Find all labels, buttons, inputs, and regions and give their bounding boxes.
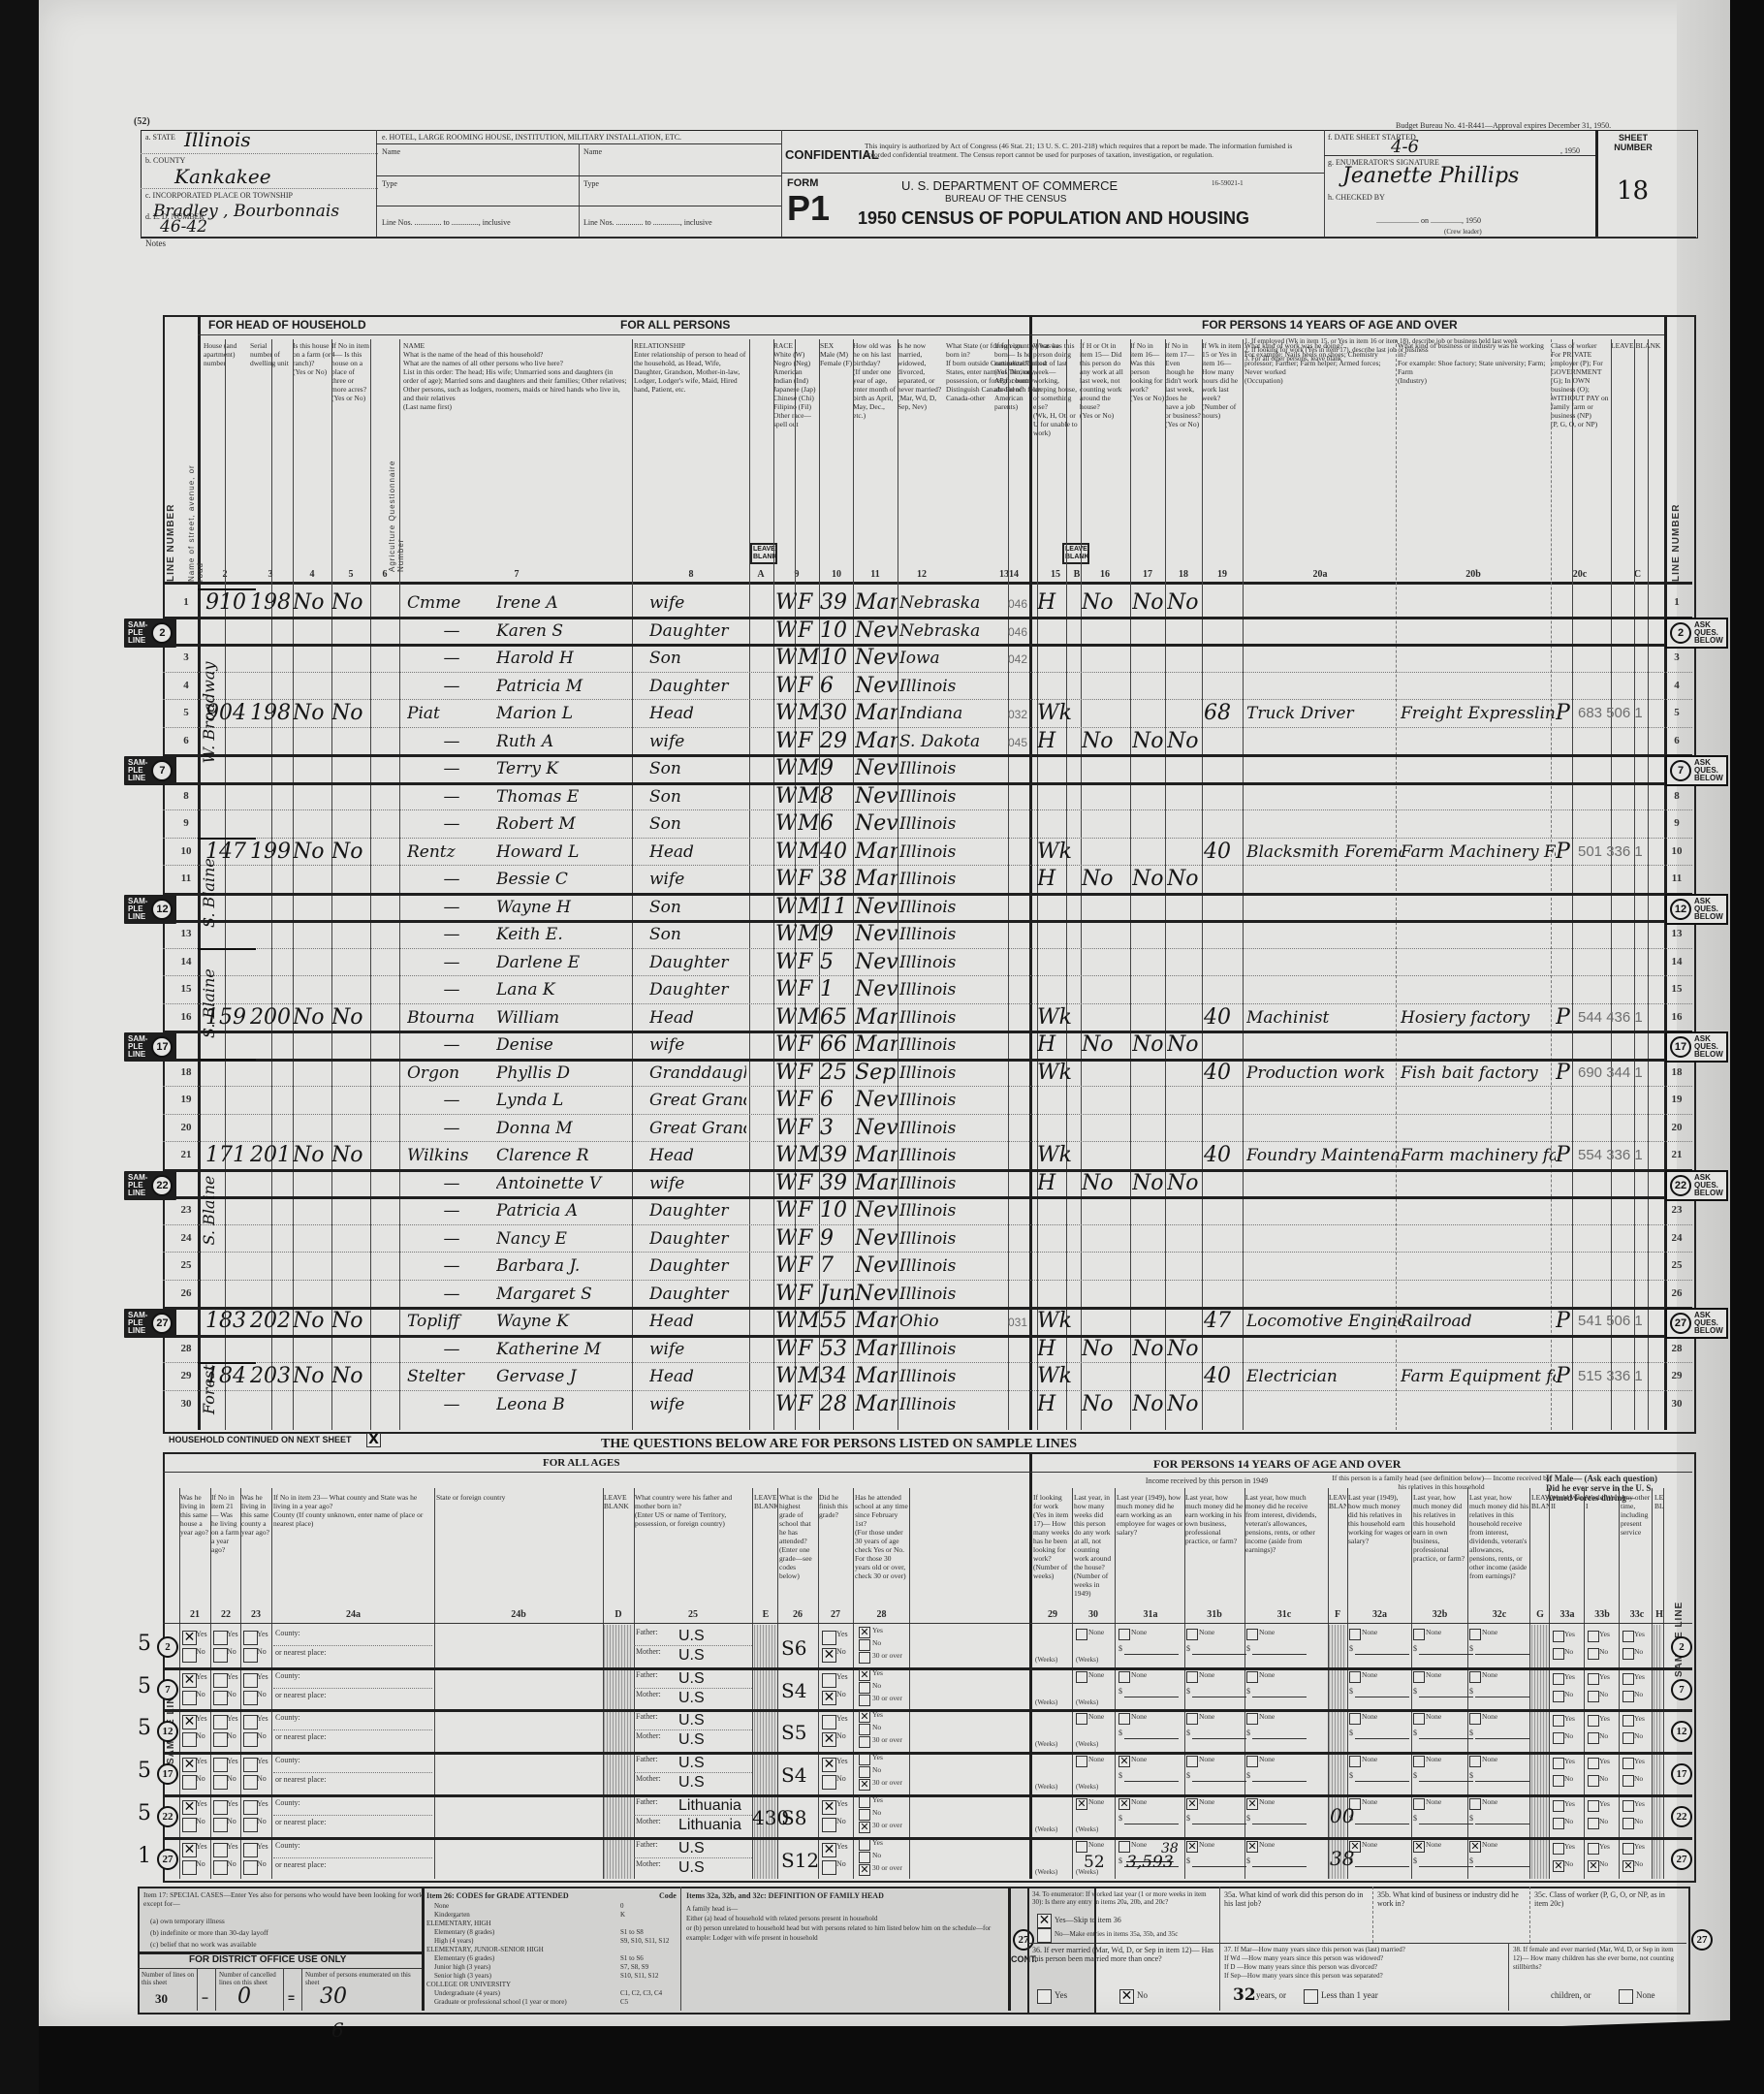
cell-rel[interactable]: Head — [649, 841, 746, 864]
cell-birthplace[interactable]: Illinois — [899, 1089, 1006, 1112]
q31a-none-checkbox[interactable] — [1118, 1671, 1130, 1683]
cell-acres[interactable]: No — [331, 1144, 370, 1167]
cell-given[interactable]: Katherine M — [496, 1338, 642, 1361]
cell-race[interactable]: W — [775, 591, 797, 615]
cell-rel[interactable]: Daughter — [649, 951, 746, 974]
cell-surname[interactable]: — — [407, 896, 496, 919]
q31c-none-checkbox[interactable] — [1246, 1629, 1258, 1640]
attending-no-checkbox[interactable] — [859, 1852, 870, 1863]
cell-sex[interactable]: M — [798, 896, 819, 919]
cell-rel[interactable]: Son — [649, 896, 746, 919]
mother-birthplace[interactable]: U.S — [678, 1687, 705, 1710]
cell-marital[interactable]: Nev — [855, 812, 898, 836]
cell-race[interactable]: W — [775, 1338, 797, 1361]
q23-yes-checkbox[interactable] — [243, 1800, 258, 1815]
cell-industry[interactable]: Farm Equipment factory — [1401, 1365, 1556, 1388]
cancelled-value[interactable]: 0 — [237, 1985, 251, 2009]
cell-surname[interactable]: Rentz — [407, 841, 496, 864]
cell-given[interactable]: Phyllis D — [496, 1062, 642, 1085]
cell-q16[interactable]: No — [1082, 1172, 1130, 1195]
q33b-yes-checkbox[interactable] — [1588, 1673, 1599, 1685]
q21-no-checkbox[interactable] — [182, 1775, 197, 1790]
cell-birthplace[interactable]: Illinois — [899, 1144, 1006, 1167]
cell-farm[interactable]: No — [293, 591, 330, 615]
cell-rel[interactable]: Head — [649, 1365, 746, 1388]
cell-surname[interactable]: — — [407, 1254, 496, 1278]
cell-age[interactable]: 39 — [820, 591, 853, 615]
cell-q18[interactable]: No — [1167, 868, 1202, 891]
q33c-no-checkbox[interactable] — [1622, 1775, 1634, 1787]
cell-serial[interactable]: 200 — [250, 1006, 291, 1030]
cell-sex[interactable]: M — [798, 841, 819, 864]
q22-yes-checkbox[interactable] — [213, 1758, 228, 1772]
cell-farm[interactable]: No — [293, 841, 330, 864]
cell-occupation[interactable]: Blacksmith Foreman — [1246, 841, 1402, 864]
q33b-yes-checkbox[interactable] — [1588, 1631, 1599, 1642]
cell-rel[interactable]: Daughter — [649, 978, 746, 1001]
cell-marital[interactable]: Nev — [855, 1089, 898, 1112]
q31b-none-checkbox[interactable] — [1186, 1671, 1198, 1683]
grade-attended[interactable]: S12 — [781, 1849, 819, 1872]
cell-given[interactable]: Patricia M — [496, 675, 642, 698]
cell-q16[interactable]: No — [1082, 1393, 1130, 1416]
cell-rel[interactable]: Son — [649, 647, 746, 670]
attending-yes-checkbox[interactable] — [859, 1796, 870, 1808]
q32b-none-checkbox[interactable] — [1413, 1713, 1425, 1725]
cell-q17[interactable]: No — [1132, 1033, 1167, 1057]
cell-marital[interactable]: Nev — [855, 1283, 898, 1306]
cell-activity[interactable]: Wk — [1037, 1144, 1082, 1167]
cell-marital[interactable]: Nev — [855, 1254, 898, 1278]
cell-codeB[interactable]: 045 — [1008, 731, 1035, 754]
cell-age[interactable]: 9 — [820, 923, 853, 946]
cell-sex[interactable]: M — [798, 757, 819, 780]
attending-no-checkbox[interactable] — [859, 1639, 870, 1651]
cell-activity[interactable]: Wk — [1037, 1006, 1082, 1030]
cell-class[interactable]: P — [1556, 1144, 1571, 1167]
cell-rel[interactable]: Daughter — [649, 675, 746, 698]
cell-birthplace[interactable]: Illinois — [899, 1338, 1006, 1361]
cell-marital[interactable]: Mar — [855, 868, 898, 891]
cell-given[interactable]: Keith E. — [496, 923, 642, 946]
cell-rel[interactable]: wife — [649, 1338, 746, 1361]
cell-hours[interactable]: 68 — [1204, 702, 1243, 725]
cell-birthplace[interactable]: Illinois — [899, 1283, 1006, 1306]
q21-yes-checkbox[interactable]: ✕ — [182, 1673, 197, 1688]
cell-race[interactable]: W — [775, 1062, 797, 1085]
cell-occupation[interactable]: Production work — [1246, 1062, 1402, 1085]
q32b-none-checkbox[interactable]: ✕ — [1413, 1841, 1425, 1853]
cell-given[interactable]: Denise — [496, 1033, 642, 1057]
cell-activity[interactable]: H — [1037, 868, 1082, 891]
q36-no-checkbox[interactable]: ✕ — [1119, 1989, 1134, 2004]
cell-birthplace[interactable]: Illinois — [899, 1006, 1006, 1030]
cell-given[interactable]: Wayne H — [496, 896, 642, 919]
cell-rel[interactable]: wife — [649, 868, 746, 891]
q30-none-checkbox[interactable] — [1076, 1629, 1087, 1640]
cell-rel[interactable]: Daughter — [649, 1227, 746, 1251]
cell-age[interactable]: 39 — [820, 1144, 853, 1167]
attending-yes-checkbox[interactable] — [859, 1839, 870, 1851]
cell-given[interactable]: Gervase J — [496, 1365, 642, 1388]
cell-surname[interactable]: Stelter — [407, 1365, 496, 1388]
cell-q18[interactable]: No — [1167, 1338, 1202, 1361]
cell-race[interactable]: W — [775, 978, 797, 1001]
cell-codes[interactable]: 683 506 1 — [1578, 702, 1665, 725]
q23-no-checkbox[interactable] — [243, 1691, 258, 1705]
cell-birthplace[interactable]: Illinois — [899, 841, 1006, 864]
cell-birthplace[interactable]: Illinois — [899, 785, 1006, 809]
cell-surname[interactable]: Topliff — [407, 1310, 496, 1333]
q23-no-checkbox[interactable] — [243, 1775, 258, 1790]
cell-rel[interactable]: Son — [649, 812, 746, 836]
county-value[interactable]: Kankakee — [174, 165, 271, 188]
cell-activity[interactable]: H — [1037, 1172, 1082, 1195]
q32c-none-checkbox[interactable] — [1469, 1756, 1481, 1767]
cell-q18[interactable]: No — [1167, 1172, 1202, 1195]
cell-marital[interactable]: Mar — [855, 1338, 898, 1361]
cell-race[interactable]: W — [775, 1117, 797, 1140]
cell-q18[interactable]: No — [1167, 1393, 1202, 1416]
q31b-none-checkbox[interactable] — [1186, 1629, 1198, 1640]
cell-birthplace[interactable]: Illinois — [899, 675, 1006, 698]
q31b-none-checkbox[interactable] — [1186, 1713, 1198, 1725]
cell-codes[interactable]: 690 344 1 — [1578, 1062, 1665, 1085]
cell-rel[interactable]: Son — [649, 923, 746, 946]
cell-rel[interactable]: Granddaughter — [649, 1062, 746, 1085]
cell-age[interactable]: 8 — [820, 785, 853, 809]
cell-age[interactable]: 7 — [820, 1254, 853, 1278]
attending-thirty-checkbox[interactable] — [859, 1736, 870, 1748]
cell-given[interactable]: Howard L — [496, 841, 642, 864]
q32c-none-checkbox[interactable]: ✕ — [1469, 1841, 1481, 1853]
q30-none-checkbox[interactable] — [1076, 1713, 1087, 1725]
cell-age[interactable]: 39 — [820, 1172, 853, 1195]
cell-age[interactable]: 30 — [820, 702, 853, 725]
cell-codes[interactable]: 544 436 1 — [1578, 1006, 1665, 1030]
grade-attended[interactable]: S4 — [781, 1679, 806, 1702]
cell-age[interactable]: 10 — [820, 1199, 853, 1222]
cell-marital[interactable]: Nev — [855, 951, 898, 974]
cell-surname[interactable]: — — [407, 647, 496, 670]
cell-race[interactable]: W — [775, 757, 797, 780]
finished-yes-checkbox[interactable]: ✕ — [822, 1800, 836, 1815]
cell-age[interactable]: 11 — [820, 896, 853, 919]
finished-no-checkbox[interactable]: ✕ — [822, 1648, 836, 1663]
cell-acres[interactable]: No — [331, 841, 370, 864]
cell-farm[interactable]: No — [293, 1365, 330, 1388]
cell-marital[interactable]: Mar — [855, 841, 898, 864]
cell-sex[interactable]: M — [798, 1310, 819, 1333]
cell-activity[interactable]: Wk — [1037, 1062, 1082, 1085]
q31a-none-checkbox[interactable]: ✕ — [1118, 1756, 1130, 1767]
cell-age[interactable]: 65 — [820, 1006, 853, 1030]
cell-q17[interactable]: No — [1132, 1172, 1167, 1195]
cell-race[interactable]: W — [775, 951, 797, 974]
cell-serial[interactable]: 202 — [250, 1310, 291, 1333]
cell-marital[interactable]: Mar — [855, 1172, 898, 1195]
q33b-no-checkbox[interactable] — [1588, 1775, 1599, 1787]
cell-codes[interactable]: 541 506 1 — [1578, 1310, 1665, 1333]
cell-hours[interactable]: 40 — [1204, 841, 1243, 864]
ed-value[interactable]: 46-42 — [160, 215, 207, 238]
cell-marital[interactable]: Mar — [855, 591, 898, 615]
q22-yes-checkbox[interactable] — [213, 1843, 228, 1857]
mother-birthplace[interactable]: U.S — [678, 1856, 705, 1880]
q33c-no-checkbox[interactable] — [1622, 1732, 1634, 1744]
cell-race[interactable]: W — [775, 730, 797, 753]
sheet-number[interactable]: 18 — [1617, 179, 1649, 203]
q23-yes-checkbox[interactable] — [243, 1758, 258, 1772]
attending-thirty-checkbox[interactable]: ✕ — [859, 1779, 870, 1791]
cell-race[interactable]: W — [775, 841, 797, 864]
cell-activity[interactable]: H — [1037, 591, 1082, 615]
cell-rel[interactable]: wife — [649, 730, 746, 753]
q21-no-checkbox[interactable] — [182, 1691, 197, 1705]
mother-birthplace[interactable]: U.S — [678, 1771, 705, 1794]
cell-given[interactable]: Ruth A — [496, 730, 642, 753]
cell-given[interactable]: Antoinette V — [496, 1172, 642, 1195]
cell-birthplace[interactable]: Illinois — [899, 1117, 1006, 1140]
cell-codeB[interactable]: 046 — [1008, 620, 1035, 644]
cell-given[interactable]: Lynda L — [496, 1089, 642, 1112]
attending-yes-checkbox[interactable] — [859, 1754, 870, 1765]
q33c-no-checkbox[interactable] — [1622, 1648, 1634, 1660]
cell-sex[interactable]: F — [798, 591, 819, 615]
cell-sex[interactable]: M — [798, 923, 819, 946]
cell-serial[interactable]: 198 — [250, 591, 291, 615]
cell-rel[interactable]: Head — [649, 1006, 746, 1030]
cell-age[interactable]: 53 — [820, 1338, 853, 1361]
cell-given[interactable]: Harold H — [496, 647, 642, 670]
cell-marital[interactable]: Nev — [855, 1117, 898, 1140]
cell-race[interactable]: W — [775, 1144, 797, 1167]
cell-age[interactable]: 9 — [820, 757, 853, 780]
cell-surname[interactable]: — — [407, 868, 496, 891]
cell-race[interactable]: W — [775, 812, 797, 836]
q31a-none-checkbox[interactable] — [1118, 1713, 1130, 1725]
cell-sex[interactable]: F — [798, 1117, 819, 1140]
q33a-no-checkbox[interactable] — [1553, 1818, 1564, 1829]
cell-rel[interactable]: Daughter — [649, 1199, 746, 1222]
cell-birthplace[interactable]: Illinois — [899, 923, 1006, 946]
cell-age[interactable]: 1 — [820, 978, 853, 1001]
cell-rel[interactable]: Daughter — [649, 1254, 746, 1278]
cell-birthplace[interactable]: Nebraska — [899, 619, 1006, 643]
cell-age[interactable]: 66 — [820, 1033, 853, 1057]
q33a-no-checkbox[interactable]: ✕ — [1553, 1860, 1564, 1872]
q22-yes-checkbox[interactable] — [213, 1631, 228, 1645]
cell-age[interactable]: 25 — [820, 1062, 853, 1085]
cell-activity[interactable]: Wk — [1037, 841, 1082, 864]
cell-race[interactable]: W — [775, 1006, 797, 1030]
cell-birthplace[interactable]: Illinois — [899, 1365, 1006, 1388]
cell-birthplace[interactable]: Illinois — [899, 1393, 1006, 1416]
cell-codes[interactable]: 515 336 1 — [1578, 1365, 1665, 1388]
cell-occupation[interactable]: Truck Driver — [1246, 702, 1402, 725]
cell-age[interactable]: 38 — [820, 868, 853, 891]
cell-codes[interactable]: 554 336 1 — [1578, 1144, 1665, 1167]
q33a-yes-checkbox[interactable] — [1553, 1673, 1564, 1685]
cell-age[interactable]: 6 — [820, 812, 853, 836]
q33b-yes-checkbox[interactable] — [1588, 1800, 1599, 1812]
q32b-none-checkbox[interactable] — [1413, 1629, 1425, 1640]
cell-birthplace[interactable]: Illinois — [899, 812, 1006, 836]
cell-race[interactable]: W — [775, 1227, 797, 1251]
cell-marital[interactable]: Mar — [855, 1006, 898, 1030]
cell-given[interactable]: Nancy E — [496, 1227, 642, 1251]
street-name[interactable]: Forest — [200, 1362, 221, 1417]
cell-sex[interactable]: F — [798, 1283, 819, 1306]
q23-yes-checkbox[interactable] — [243, 1843, 258, 1857]
cell-surname[interactable]: — — [407, 1117, 496, 1140]
cell-sex[interactable]: F — [798, 868, 819, 891]
cell-sex[interactable]: M — [798, 647, 819, 670]
cell-acres[interactable]: No — [331, 1365, 370, 1388]
cell-age[interactable]: 6 — [820, 1089, 853, 1112]
cell-surname[interactable]: Cmme — [407, 591, 496, 615]
cell-race[interactable]: W — [775, 675, 797, 698]
cell-birthplace[interactable]: Illinois — [899, 757, 1006, 780]
q21-yes-checkbox[interactable]: ✕ — [182, 1800, 197, 1815]
cell-surname[interactable]: — — [407, 1199, 496, 1222]
cell-race[interactable]: W — [775, 896, 797, 919]
cell-rel[interactable]: Head — [649, 1144, 746, 1167]
cell-marital[interactable]: Mar — [855, 730, 898, 753]
cell-given[interactable]: Lana K — [496, 978, 642, 1001]
cell-surname[interactable]: — — [407, 923, 496, 946]
street-name[interactable]: W. Broadway — [200, 588, 221, 838]
cell-marital[interactable]: Mar — [855, 1144, 898, 1167]
cell-industry[interactable]: Railroad — [1401, 1310, 1556, 1333]
q37-less-checkbox[interactable] — [1304, 1989, 1318, 2004]
attending-thirty-checkbox[interactable] — [859, 1695, 870, 1706]
cell-marital[interactable]: Nev — [855, 619, 898, 643]
q23-no-checkbox[interactable] — [243, 1860, 258, 1875]
cell-class[interactable]: P — [1556, 702, 1571, 725]
cell-race[interactable]: W — [775, 1393, 797, 1416]
cell-marital[interactable]: Mar — [855, 1033, 898, 1057]
cell-given[interactable]: Karen S — [496, 619, 642, 643]
q32a-none-checkbox[interactable] — [1349, 1671, 1361, 1683]
cell-industry[interactable]: Freight Expressline Company — [1401, 702, 1556, 725]
cell-birthplace[interactable]: Illinois — [899, 1254, 1006, 1278]
cell-rel[interactable]: Head — [649, 702, 746, 725]
cell-rel[interactable]: Son — [649, 757, 746, 780]
cell-class[interactable]: P — [1556, 841, 1571, 864]
cell-given[interactable]: Wayne K — [496, 1310, 642, 1333]
q32c-none-checkbox[interactable] — [1469, 1713, 1481, 1725]
cell-marital[interactable]: Sep — [855, 1062, 898, 1085]
q33a-no-checkbox[interactable] — [1553, 1648, 1564, 1660]
cell-q18[interactable]: No — [1167, 591, 1202, 615]
cell-surname[interactable]: — — [407, 619, 496, 643]
cell-surname[interactable]: — — [407, 757, 496, 780]
cell-birthplace[interactable]: Nebraska — [899, 591, 1006, 615]
q32c-none-checkbox[interactable] — [1469, 1629, 1481, 1640]
attending-thirty-checkbox[interactable]: ✕ — [859, 1822, 870, 1833]
cell-hours[interactable]: 40 — [1204, 1006, 1243, 1030]
q33c-yes-checkbox[interactable] — [1622, 1843, 1634, 1855]
cell-age[interactable]: 34 — [820, 1365, 853, 1388]
finished-no-checkbox[interactable]: ✕ — [822, 1732, 836, 1747]
q33a-yes-checkbox[interactable] — [1553, 1843, 1564, 1855]
grade-attended[interactable]: S6 — [781, 1636, 806, 1660]
cell-sex[interactable]: F — [798, 1254, 819, 1278]
q33c-yes-checkbox[interactable] — [1622, 1631, 1634, 1642]
cell-age[interactable]: 9 — [820, 1227, 853, 1251]
cell-industry[interactable]: Fish bait factory — [1401, 1062, 1556, 1085]
q38-none-checkbox[interactable] — [1619, 1989, 1633, 2004]
cell-age[interactable]: June — [820, 1283, 853, 1306]
cell-hours[interactable]: 40 — [1204, 1144, 1243, 1167]
cell-occupation[interactable]: Electrician — [1246, 1365, 1402, 1388]
q33b-no-checkbox[interactable] — [1588, 1648, 1599, 1660]
cell-marital[interactable]: Nev — [855, 1199, 898, 1222]
q21-yes-checkbox[interactable]: ✕ — [182, 1758, 197, 1772]
q33a-yes-checkbox[interactable] — [1553, 1800, 1564, 1812]
cell-class[interactable]: P — [1556, 1310, 1571, 1333]
cell-surname[interactable]: — — [407, 1393, 496, 1416]
q30-none-checkbox[interactable] — [1076, 1671, 1087, 1683]
cell-surname[interactable]: Orgon — [407, 1062, 496, 1085]
attending-no-checkbox[interactable] — [859, 1724, 870, 1735]
mother-birthplace[interactable]: Lithuania — [678, 1814, 741, 1837]
cell-class[interactable]: P — [1556, 1365, 1571, 1388]
q22-no-checkbox[interactable] — [213, 1732, 228, 1747]
household-continued-checkbox[interactable]: X — [366, 1433, 381, 1447]
street-name[interactable]: S. Blaine — [200, 948, 221, 1059]
cell-serial[interactable]: 203 — [250, 1365, 291, 1388]
cell-farm[interactable]: No — [293, 1144, 330, 1167]
cell-activity[interactable]: H — [1037, 730, 1082, 753]
cell-activity[interactable]: Wk — [1037, 702, 1082, 725]
cell-sex[interactable]: F — [798, 1199, 819, 1222]
cell-marital[interactable]: Nev — [855, 757, 898, 780]
cell-surname[interactable]: — — [407, 1089, 496, 1112]
q21-yes-checkbox[interactable]: ✕ — [182, 1715, 197, 1729]
cell-sex[interactable]: M — [798, 1006, 819, 1030]
cell-sex[interactable]: F — [798, 619, 819, 643]
cell-surname[interactable]: — — [407, 785, 496, 809]
cell-acres[interactable]: No — [331, 1310, 370, 1333]
q22-yes-checkbox[interactable] — [213, 1673, 228, 1688]
q33b-yes-checkbox[interactable] — [1588, 1843, 1599, 1855]
cell-given[interactable]: Leona B — [496, 1393, 642, 1416]
cell-marital[interactable]: Nev — [855, 647, 898, 670]
cell-q16[interactable]: No — [1082, 1338, 1130, 1361]
cell-sex[interactable]: M — [798, 785, 819, 809]
cell-sex[interactable]: M — [798, 812, 819, 836]
cell-surname[interactable]: — — [407, 1227, 496, 1251]
q22-no-checkbox[interactable] — [213, 1648, 228, 1663]
cell-marital[interactable]: Mar — [855, 702, 898, 725]
cell-q17[interactable]: No — [1132, 591, 1167, 615]
cell-sex[interactable]: F — [798, 978, 819, 1001]
cell-race[interactable]: W — [775, 1310, 797, 1333]
cell-sex[interactable]: M — [798, 702, 819, 725]
cell-sex[interactable]: F — [798, 1393, 819, 1416]
attending-yes-checkbox[interactable]: ✕ — [859, 1711, 870, 1723]
cell-age[interactable]: 29 — [820, 730, 853, 753]
cell-marital[interactable]: Nev — [855, 923, 898, 946]
q21-no-checkbox[interactable] — [182, 1860, 197, 1875]
q30-weeks-value[interactable]: 52 — [1084, 1851, 1105, 1874]
cell-sex[interactable]: F — [798, 1227, 819, 1251]
cell-codeB[interactable]: 046 — [1008, 592, 1035, 616]
cell-race[interactable]: W — [775, 1172, 797, 1195]
cell-birthplace[interactable]: Illinois — [899, 1062, 1006, 1085]
